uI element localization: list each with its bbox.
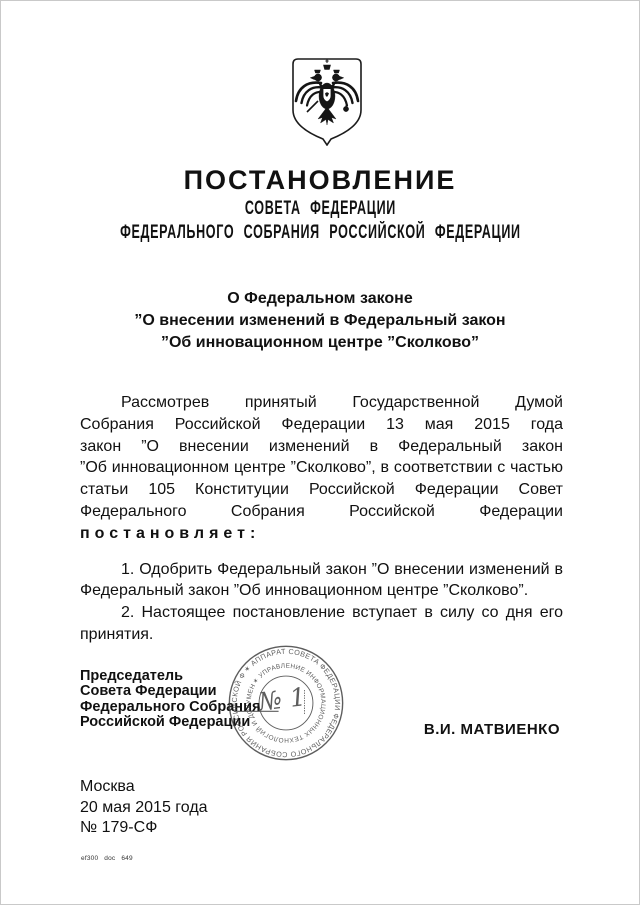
body-line: статьи 105 Конституции Российской Федера…: [80, 479, 563, 501]
signatory-name: В.И. МАТВИЕНКО: [424, 721, 560, 738]
paragraph-preamble: Рассмотрев принятый Государственной Думо…: [80, 392, 563, 545]
body-line: Федерального Собрания Российской Федерац…: [80, 501, 563, 523]
resolve-word: постановляет:: [80, 523, 563, 545]
org-name-line-1: СОВЕТА ФЕДЕРАЦИИ: [1, 198, 639, 220]
russia-coat-of-arms-icon: [284, 56, 370, 146]
issuance-block: Москва 20 мая 2015 года № 179-СФ: [80, 777, 208, 839]
document-type-title: ПОСТАНОВЛЕНИЕ: [1, 165, 639, 196]
paragraph-item-1: 1. Одобрить Федеральный закон ”О внесени…: [80, 559, 563, 603]
body-line: закон ”О внесении изменений в Федеральны…: [80, 436, 563, 458]
body-line: 1. Одобрить Федеральный закон ”О внесени…: [80, 559, 563, 581]
body-text: Рассмотрев принятый Государственной Думо…: [80, 392, 563, 646]
org-name-line-2: ФЕДЕРАЛЬНОГО СОБРАНИЯ РОССИЙСКОЙ ФЕДЕРАЦ…: [1, 222, 639, 244]
body-line: Собрания Российской Федерации 13 мая 201…: [80, 414, 563, 436]
round-stamp: ✶ АППАРАТ СОВЕТА ФЕДЕРАЦИИ ФЕДЕРАЛЬНОГО …: [221, 638, 351, 768]
issuance-date: 20 мая 2015 года: [80, 798, 208, 819]
subject-line: ”Об инновационном центре ”Сколково”: [1, 332, 639, 354]
subject-line: О Федеральном законе: [1, 288, 639, 310]
document-page: ПОСТАНОВЛЕНИЕ СОВЕТА ФЕДЕРАЦИИ ФЕДЕРАЛЬН…: [0, 0, 640, 905]
body-line: Рассмотрев принятый Государственной Думо…: [80, 392, 563, 414]
subject-block: О Федеральном законе ”О внесении изменен…: [1, 288, 639, 354]
body-line: ”Об инновационном центре ”Сколково”, в с…: [80, 457, 563, 479]
body-line: Федеральный закон ”Об инновационном цент…: [80, 580, 563, 602]
subject-line: ”О внесении изменений в Федеральный зако…: [1, 310, 639, 332]
issuance-number: № 179-СФ: [80, 818, 208, 839]
body-line: 2. Настоящее постановление вступает в си…: [80, 602, 563, 624]
issuance-city: Москва: [80, 777, 208, 798]
file-reference: ef300 doc 649: [81, 855, 133, 862]
